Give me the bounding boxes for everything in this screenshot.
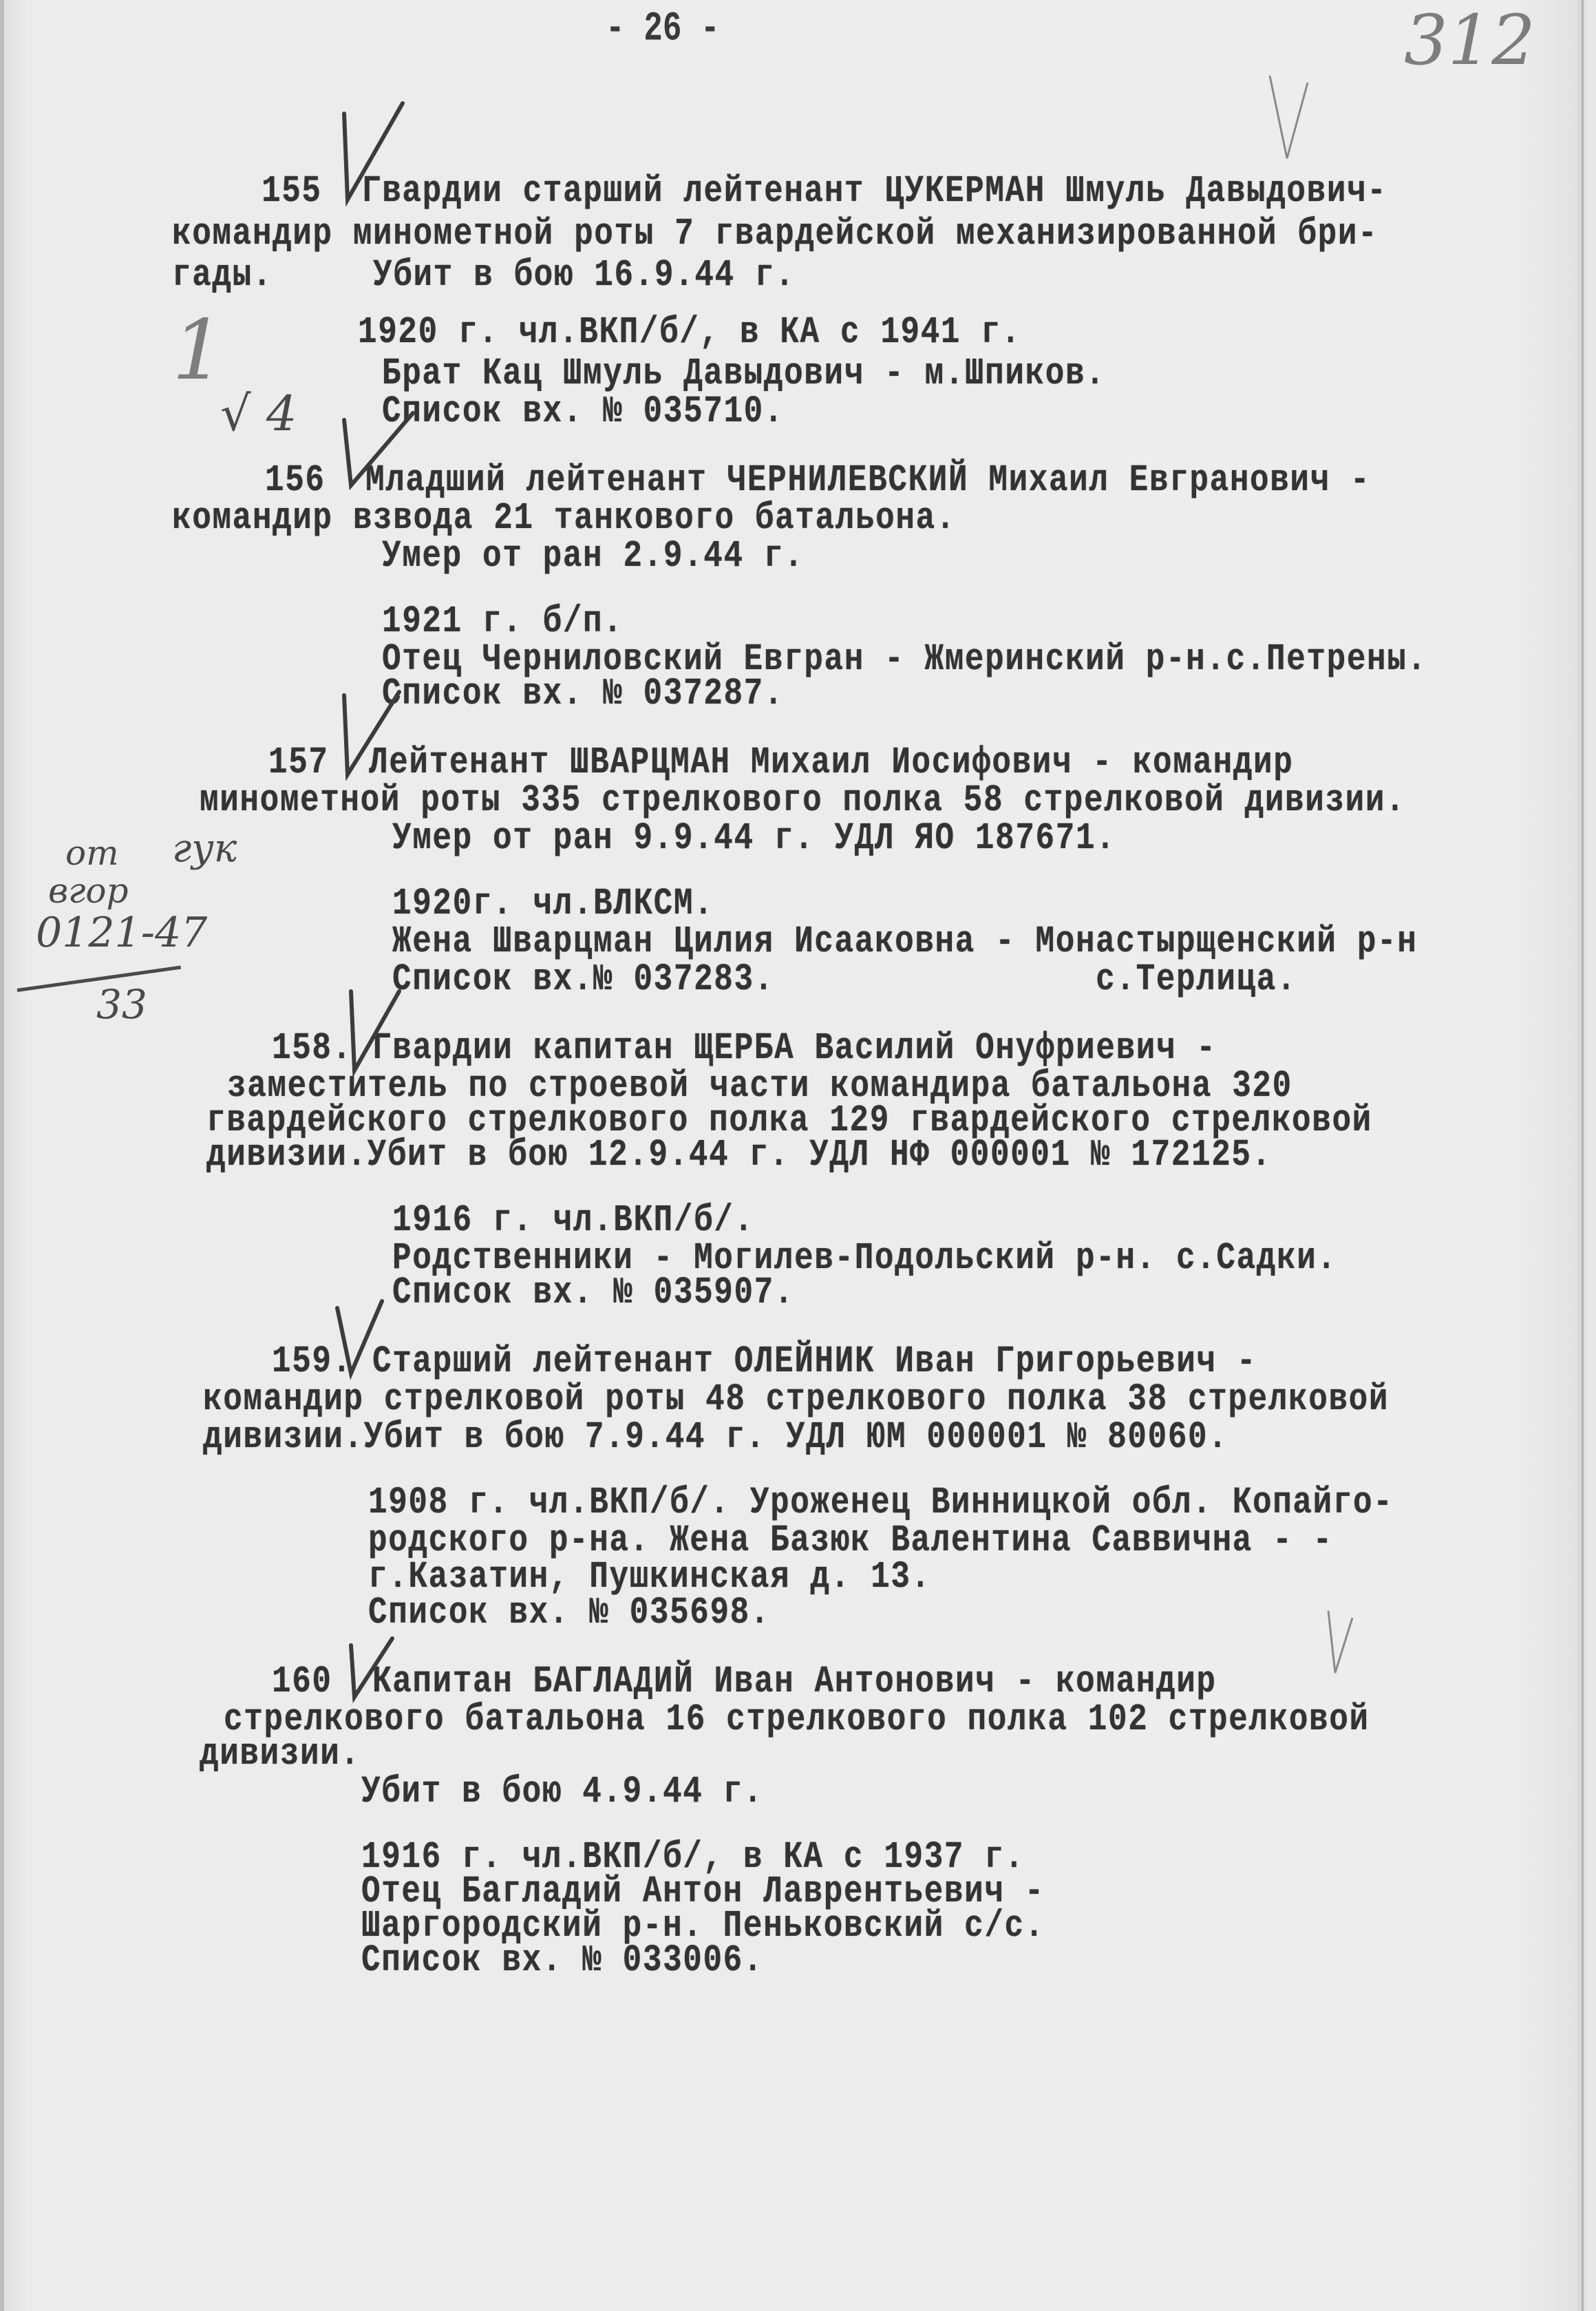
check-mark-icon	[337, 1301, 382, 1373]
pencil-check-icon	[1270, 76, 1308, 158]
check-mark-icon	[344, 103, 403, 200]
check-mark-icon	[351, 991, 399, 1070]
check-marks-layer	[0, 0, 1596, 2311]
check-mark-icon	[351, 1638, 392, 1697]
pencil-check-icon	[1328, 1611, 1352, 1673]
check-mark-icon	[344, 413, 413, 485]
check-mark-icon	[344, 692, 399, 774]
